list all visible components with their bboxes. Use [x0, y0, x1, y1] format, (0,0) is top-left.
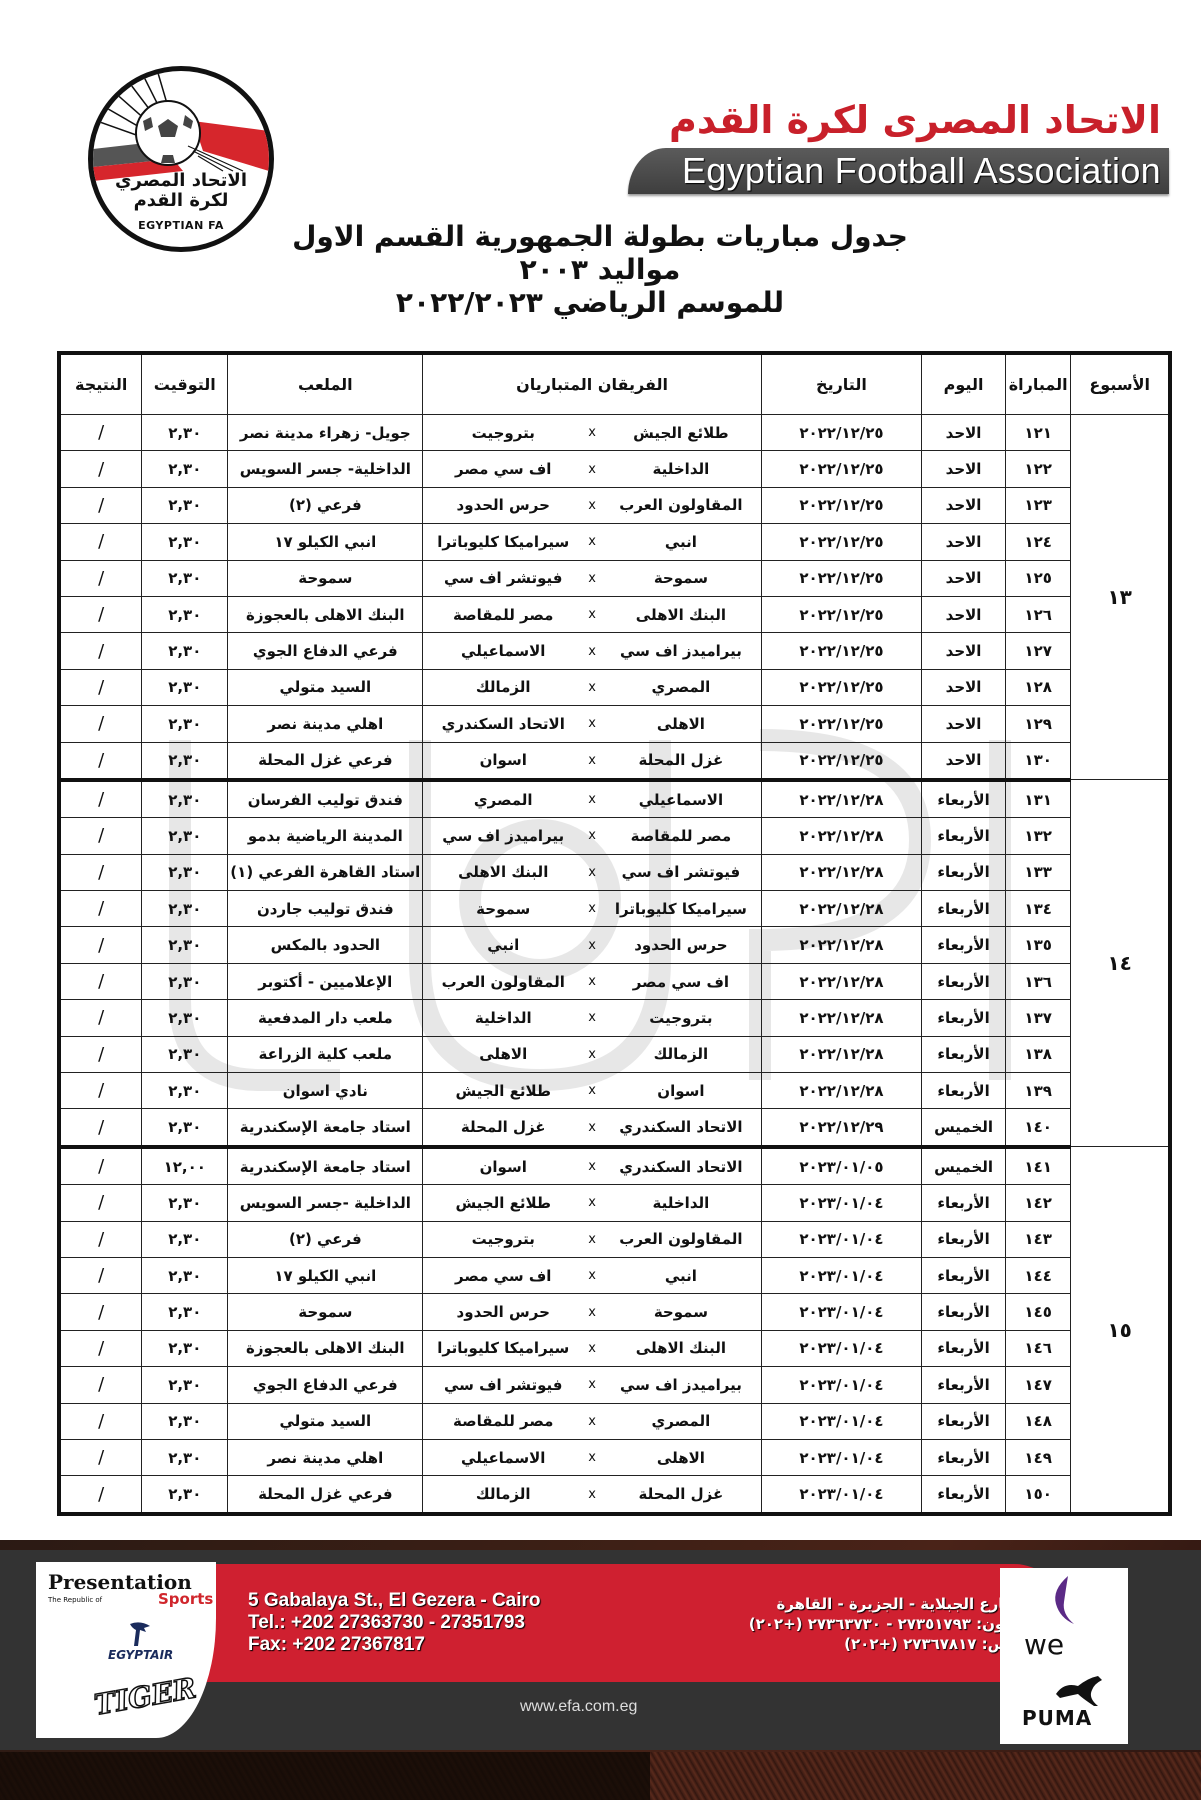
table-row: ١٤٨الأربعاء٢٠٢٣/٠١/٠٤المصريxمصر للمقاصةا…: [59, 1403, 1170, 1439]
org-name-ar: الاتحاد المصرى لكرة القدم: [669, 98, 1161, 142]
fax-ar: فاكس: ٢٧٣٦٧٨١٧ (+٢٠٢): [749, 1634, 1033, 1654]
table-row: ١٢٤الاحد٢٠٢٢/١٢/٢٥انبيxسيراميكا كليوباتر…: [59, 524, 1170, 560]
match-number: ١٣٣: [1005, 854, 1070, 890]
match-date: ٢٠٢٢/١٢/٢٥: [761, 706, 921, 742]
match-day: الاحد: [922, 560, 1006, 596]
org-name-en: Egyptian Football Association: [682, 150, 1161, 192]
match-time: ٢,٣٠: [142, 1073, 228, 1109]
vs-symbol: x: [576, 1232, 608, 1247]
match-result: /: [59, 1330, 142, 1366]
table-row: ١٤٦الأربعاء٢٠٢٣/٠١/٠٤البنك الاهلىxسيرامي…: [59, 1330, 1170, 1366]
match-time: ٢,٣٠: [142, 1367, 228, 1403]
match-result: /: [59, 1221, 142, 1257]
match-teams: سموحةxفيوتشر اف سي: [423, 560, 761, 596]
match-time: ٢,٣٠: [142, 415, 228, 451]
col-header-date: التاريخ: [761, 353, 921, 415]
table-row: ١٣٥الأربعاء٢٠٢٢/١٢/٢٨حرس الحدودxانبيالحد…: [59, 927, 1170, 963]
match-number: ١٤٦: [1005, 1330, 1070, 1366]
match-result: /: [59, 818, 142, 854]
match-venue: فرعي (٢): [228, 1221, 423, 1257]
match-venue: فرعي الدفاع الجوي: [228, 1367, 423, 1403]
match-time: ٢,٣٠: [142, 1109, 228, 1147]
table-row: ١٤٤الأربعاء٢٠٢٣/٠١/٠٤انبيxاف سي مصرانبي …: [59, 1257, 1170, 1293]
col-header-week: الأسبوع: [1071, 353, 1170, 415]
match-venue: ملعب كلية الزراعة: [228, 1036, 423, 1072]
match-venue: البنك الاهلى بالعجوزة: [228, 596, 423, 632]
match-venue: السيد متولي: [228, 1403, 423, 1439]
home-team: انبي: [611, 1267, 751, 1285]
footer: Presentation The Republic of Sports EGYP…: [0, 1540, 1201, 1800]
away-team: طلائع الجيش: [433, 1082, 573, 1100]
match-teams: انبيxاف سي مصر: [423, 1257, 761, 1293]
away-team: طلائع الجيش: [433, 1194, 573, 1212]
away-team: البنك الاهلى: [433, 863, 573, 881]
match-day: الأربعاء: [922, 1036, 1006, 1072]
match-day: الاحد: [922, 706, 1006, 742]
away-team: الاتحاد السكندري: [433, 715, 573, 733]
vs-symbol: x: [576, 571, 608, 586]
match-result: /: [59, 1109, 142, 1147]
match-venue: نادي اسوان: [228, 1073, 423, 1109]
vs-symbol: x: [576, 462, 608, 477]
match-result: /: [59, 524, 142, 560]
match-result: /: [59, 596, 142, 632]
match-number: ١٣٧: [1005, 1000, 1070, 1036]
match-venue: الداخلية -جسر السويس: [228, 1185, 423, 1221]
match-number: ١٥٠: [1005, 1476, 1070, 1514]
match-time: ٢,٣٠: [142, 1294, 228, 1330]
match-day: الأربعاء: [922, 1185, 1006, 1221]
table-row: ١٤٩الأربعاء٢٠٢٣/٠١/٠٤الاهلىxالاسماعيلياه…: [59, 1439, 1170, 1475]
match-result: /: [59, 1257, 142, 1293]
match-time: ٢,٣٠: [142, 1403, 228, 1439]
logo-text-en: EGYPTIAN FA: [93, 219, 269, 232]
match-time: ٢,٣٠: [142, 451, 228, 487]
home-team: سموحة: [611, 1303, 751, 1321]
match-day: الاحد: [922, 487, 1006, 523]
match-number: ١٤٧: [1005, 1367, 1070, 1403]
table-row: ١٤٠الخميس٢٠٢٢/١٢/٢٩الاتحاد السكندريxغزل …: [59, 1109, 1170, 1147]
away-team: حرس الحدود: [433, 496, 573, 514]
match-teams: الاتحاد السكندريxاسوان: [423, 1147, 761, 1185]
sponsors-right: we PUMA: [1000, 1568, 1128, 1744]
match-teams: الزمالكxالاهلى: [423, 1036, 761, 1072]
fax-en: Fax: +202 27367817: [248, 1634, 541, 1656]
match-date: ٢٠٢٢/١٢/٢٩: [761, 1109, 921, 1147]
match-time: ٢,٣٠: [142, 1000, 228, 1036]
table-row: ١٣٩الأربعاء٢٠٢٢/١٢/٢٨اسوانxطلائع الجيشنا…: [59, 1073, 1170, 1109]
vs-symbol: x: [576, 1047, 608, 1062]
home-team: الاتحاد السكندري: [611, 1118, 751, 1136]
vs-symbol: x: [576, 828, 608, 843]
match-date: ٢٠٢٣/٠١/٠٤: [761, 1221, 921, 1257]
egyptair-logo: EGYPTAIR: [108, 1648, 173, 1662]
match-venue: استاد جامعة الإسكندرية: [228, 1147, 423, 1185]
match-day: الأربعاء: [922, 1476, 1006, 1514]
match-time: ٢,٣٠: [142, 1221, 228, 1257]
we-logo-icon: [1046, 1574, 1080, 1630]
match-number: ١٢٧: [1005, 633, 1070, 669]
home-team: بتروجيت: [611, 1009, 751, 1027]
match-venue: الداخلية- جسر السويس: [228, 451, 423, 487]
match-venue: سموحة: [228, 1294, 423, 1330]
home-team: المقاولون العرب: [611, 496, 751, 514]
address-en: 5 Gabalaya St., El Gezera - Cairo: [248, 1590, 541, 1612]
table-row: ١٥٠الأربعاء٢٠٢٣/٠١/٠٤غزل المحلةxالزمالكف…: [59, 1476, 1170, 1514]
match-result: /: [59, 1185, 142, 1221]
match-number: ١٣٥: [1005, 927, 1070, 963]
match-day: الأربعاء: [922, 1221, 1006, 1257]
table-row: ١٣٢الأربعاء٢٠٢٢/١٢/٢٨مصر للمقاصةxبيراميد…: [59, 818, 1170, 854]
match-day: الاحد: [922, 451, 1006, 487]
match-result: /: [59, 854, 142, 890]
match-venue: فرعي الدفاع الجوي: [228, 633, 423, 669]
match-result: /: [59, 1000, 142, 1036]
schedule-body: ١٣١٢١الاحد٢٠٢٢/١٢/٢٥طلائع الجيشxبتروجيتج…: [59, 415, 1170, 1514]
vs-symbol: x: [576, 938, 608, 953]
match-time: ٢,٣٠: [142, 1257, 228, 1293]
table-row: ١٢٨الاحد٢٠٢٢/١٢/٢٥المصريxالزمالكالسيد مت…: [59, 669, 1170, 705]
match-number: ١٤٤: [1005, 1257, 1070, 1293]
match-date: ٢٠٢٣/٠١/٠٤: [761, 1367, 921, 1403]
match-date: ٢٠٢٣/٠١/٠٤: [761, 1330, 921, 1366]
sponsors-left: Presentation The Republic of Sports EGYP…: [36, 1562, 216, 1738]
match-result: /: [59, 1294, 142, 1330]
away-team: الداخلية: [433, 1009, 573, 1027]
match-number: ١٢١: [1005, 415, 1070, 451]
match-time: ٢,٣٠: [142, 487, 228, 523]
match-number: ١٢٨: [1005, 669, 1070, 705]
away-team: المقاولون العرب: [433, 973, 573, 991]
away-team: انبي: [433, 936, 573, 954]
match-venue: فرعي (٢): [228, 487, 423, 523]
match-day: الأربعاء: [922, 854, 1006, 890]
contact-en: 5 Gabalaya St., El Gezera - Cairo Tel.: …: [248, 1590, 541, 1656]
match-day: الاحد: [922, 633, 1006, 669]
match-result: /: [59, 633, 142, 669]
home-team: حرس الحدود: [611, 936, 751, 954]
vs-symbol: x: [576, 498, 608, 513]
table-row: ١٢٢الاحد٢٠٢٢/١٢/٢٥الداخليةxاف سي مصرالدا…: [59, 451, 1170, 487]
match-time: ٢,٣٠: [142, 706, 228, 742]
match-venue: الحدود بالمكس: [228, 927, 423, 963]
match-date: ٢٠٢٢/١٢/٢٨: [761, 1000, 921, 1036]
puma-cat-icon: [1054, 1674, 1104, 1708]
match-teams: الاهلىxالاتحاد السكندري: [423, 706, 761, 742]
home-team: الاهلى: [611, 715, 751, 733]
match-teams: الاهلىxالاسماعيلي: [423, 1439, 761, 1475]
match-time: ٢,٣٠: [142, 669, 228, 705]
match-time: ٢,٣٠: [142, 1036, 228, 1072]
match-result: /: [59, 1073, 142, 1109]
presentation-sports: Sports: [158, 1590, 213, 1608]
match-day: الأربعاء: [922, 1257, 1006, 1293]
home-team: المصري: [611, 678, 751, 696]
match-result: /: [59, 963, 142, 999]
away-team: اسوان: [433, 1158, 573, 1176]
match-teams: بتروجيتxالداخلية: [423, 1000, 761, 1036]
efa-logo: الاتحاد المصري لكرة القدم EGYPTIAN FA: [88, 66, 274, 252]
match-date: ٢٠٢٢/١٢/٢٥: [761, 415, 921, 451]
match-date: ٢٠٢٢/١٢/٢٨: [761, 891, 921, 927]
match-teams: المقاولون العربxبتروجيت: [423, 1221, 761, 1257]
match-date: ٢٠٢٢/١٢/٢٥: [761, 451, 921, 487]
match-day: الأربعاء: [922, 818, 1006, 854]
vs-symbol: x: [576, 1377, 608, 1392]
week-number: ١٥: [1071, 1147, 1170, 1514]
vs-symbol: x: [576, 1450, 608, 1465]
egyptair-horus-icon: [126, 1620, 152, 1648]
table-row: ١٤٢الأربعاء٢٠٢٣/٠١/٠٤الداخليةxطلائع الجي…: [59, 1185, 1170, 1221]
away-team: حرس الحدود: [433, 1303, 573, 1321]
col-header-teams: الفريقان المتباريان: [423, 353, 761, 415]
match-time: ٢,٣٠: [142, 1439, 228, 1475]
match-time: ١٢,٠٠: [142, 1147, 228, 1185]
match-result: /: [59, 1403, 142, 1439]
match-time: ٢,٣٠: [142, 1476, 228, 1514]
match-result: /: [59, 1147, 142, 1185]
home-team: البنك الاهلى: [611, 606, 751, 624]
home-team: سموحة: [611, 569, 751, 587]
away-team: الزمالك: [433, 678, 573, 696]
match-result: /: [59, 560, 142, 596]
away-team: مصر للمقاصة: [433, 1412, 573, 1430]
match-number: ١٤١: [1005, 1147, 1070, 1185]
schedule-page: الاتحاد المصري لكرة القدم EGYPTIAN FA ال…: [0, 0, 1201, 1800]
wood-shadow: [0, 1752, 650, 1800]
tiger-logo: TIGER: [92, 1671, 199, 1721]
match-day: الاحد: [922, 415, 1006, 451]
vs-symbol: x: [576, 680, 608, 695]
match-day: الأربعاء: [922, 891, 1006, 927]
match-day: الاحد: [922, 669, 1006, 705]
match-teams: غزل المحلةxالزمالك: [423, 1476, 761, 1514]
vs-symbol: x: [576, 1195, 608, 1210]
tel-en: Tel.: +202 27363730 - 27351793: [248, 1612, 541, 1634]
match-venue: البنك الاهلى بالعجوزة: [228, 1330, 423, 1366]
match-day: الخميس: [922, 1109, 1006, 1147]
schedule-table-container: الأسبوع المباراة اليوم التاريخ الفريقان …: [57, 351, 1172, 1516]
match-time: ٢,٣٠: [142, 780, 228, 818]
table-row: ١٣٠الاحد٢٠٢٢/١٢/٢٥غزل المحلةxاسوانفرعي غ…: [59, 742, 1170, 780]
away-team: فيوتشر اف سي: [433, 569, 573, 587]
match-date: ٢٠٢٣/٠١/٠٤: [761, 1294, 921, 1330]
table-row: ١٥١٤١الخميس٢٠٢٣/٠١/٠٥الاتحاد السكندريxاس…: [59, 1147, 1170, 1185]
match-date: ٢٠٢٢/١٢/٢٥: [761, 524, 921, 560]
match-day: الأربعاء: [922, 1000, 1006, 1036]
match-venue: سموحة: [228, 560, 423, 596]
match-date: ٢٠٢٢/١٢/٢٨: [761, 927, 921, 963]
table-row: ١٤٣الأربعاء٢٠٢٣/٠١/٠٤المقاولون العربxبتر…: [59, 1221, 1170, 1257]
match-date: ٢٠٢٣/٠١/٠٤: [761, 1439, 921, 1475]
match-date: ٢٠٢٢/١٢/٢٥: [761, 742, 921, 780]
match-number: ١٢٥: [1005, 560, 1070, 596]
home-team: غزل المحلة: [611, 1485, 751, 1503]
away-team: المصري: [433, 791, 573, 809]
home-team: المصري: [611, 1412, 751, 1430]
match-teams: اسوانxطلائع الجيش: [423, 1073, 761, 1109]
away-team: سموحة: [433, 900, 573, 918]
match-result: /: [59, 706, 142, 742]
away-team: اسوان: [433, 751, 573, 769]
home-team: اف سي مصر: [611, 973, 751, 991]
match-teams: بيراميدز اف سيxفيوتشر اف سي: [423, 1367, 761, 1403]
table-row: ١٢٩الاحد٢٠٢٢/١٢/٢٥الاهلىxالاتحاد السكندر…: [59, 706, 1170, 742]
match-teams: طلائع الجيشxبتروجيت: [423, 415, 761, 451]
away-team: غزل المحلة: [433, 1118, 573, 1136]
match-result: /: [59, 1036, 142, 1072]
table-row: ١٣٦الأربعاء٢٠٢٢/١٢/٢٨اف سي مصرxالمقاولون…: [59, 963, 1170, 999]
match-result: /: [59, 891, 142, 927]
match-day: الخميس: [922, 1147, 1006, 1185]
home-team: طلائع الجيش: [611, 424, 751, 442]
match-venue: فرعي غزل المحلة: [228, 1476, 423, 1514]
match-day: الأربعاء: [922, 1294, 1006, 1330]
match-number: ١٢٩: [1005, 706, 1070, 742]
home-team: الزمالك: [611, 1045, 751, 1063]
logo-text-ar-line2: لكرة القدم: [93, 191, 269, 211]
home-team: بيراميدز اف سي: [611, 1376, 751, 1394]
match-time: ٢,٣٠: [142, 524, 228, 560]
table-row: ١٤٧الأربعاء٢٠٢٣/٠١/٠٤بيراميدز اف سيxفيوت…: [59, 1367, 1170, 1403]
match-venue: فندق توليب الفرسان: [228, 780, 423, 818]
vs-symbol: x: [576, 425, 608, 440]
contact-ar: ٥ شارع الجبلاية - الجزيرة - القاهرة تليف…: [749, 1594, 1033, 1654]
match-teams: سموحةxحرس الحدود: [423, 1294, 761, 1330]
match-day: الاحد: [922, 596, 1006, 632]
logo-text-ar: الاتحاد المصري لكرة القدم: [93, 171, 269, 211]
we-logo: we: [1024, 1628, 1064, 1661]
vs-symbol: x: [576, 1305, 608, 1320]
match-date: ٢٠٢٣/٠١/٠٤: [761, 1257, 921, 1293]
match-teams: غزل المحلةxاسوان: [423, 742, 761, 780]
match-day: الأربعاء: [922, 1367, 1006, 1403]
match-number: ١٣٠: [1005, 742, 1070, 780]
match-number: ١٣٦: [1005, 963, 1070, 999]
match-number: ١٣١: [1005, 780, 1070, 818]
match-teams: الداخليةxاف سي مصر: [423, 451, 761, 487]
match-number: ١٢٣: [1005, 487, 1070, 523]
match-result: /: [59, 451, 142, 487]
table-row: ١٢٦الاحد٢٠٢٢/١٢/٢٥البنك الاهلىxمصر للمقا…: [59, 596, 1170, 632]
table-row: ١٢٧الاحد٢٠٢٢/١٢/٢٥بيراميدز اف سيxالاسماع…: [59, 633, 1170, 669]
vs-symbol: x: [576, 1414, 608, 1429]
match-teams: البنك الاهلىxسيراميكا كليوباترا: [423, 1330, 761, 1366]
home-team: الاتحاد السكندري: [611, 1158, 751, 1176]
match-number: ١٣٩: [1005, 1073, 1070, 1109]
away-team: بتروجيت: [433, 424, 573, 442]
match-venue: السيد متولي: [228, 669, 423, 705]
match-day: الأربعاء: [922, 1403, 1006, 1439]
vs-symbol: x: [576, 1083, 608, 1098]
away-team: فيوتشر اف سي: [433, 1376, 573, 1394]
match-date: ٢٠٢٢/١٢/٢٥: [761, 633, 921, 669]
col-header-venue: الملعب: [228, 353, 423, 415]
match-venue: ملعب دار المدفعية: [228, 1000, 423, 1036]
col-header-time: التوقيت: [142, 353, 228, 415]
match-venue: انبي الكيلو ١٧: [228, 1257, 423, 1293]
match-venue: فرعي غزل المحلة: [228, 742, 423, 780]
match-result: /: [59, 1367, 142, 1403]
match-number: ١٣٨: [1005, 1036, 1070, 1072]
match-venue: استاد القاهرة الفرعي (١): [228, 854, 423, 890]
vs-symbol: x: [576, 792, 608, 807]
home-team: مصر للمقاصة: [611, 827, 751, 845]
home-team: المقاولون العرب: [611, 1230, 751, 1248]
match-time: ٢,٣٠: [142, 633, 228, 669]
away-team: سيراميكا كليوباترا: [433, 1339, 573, 1357]
match-result: /: [59, 669, 142, 705]
vs-symbol: x: [576, 607, 608, 622]
home-team: انبي: [611, 533, 751, 551]
vs-symbol: x: [576, 534, 608, 549]
address-ar: ٥ شارع الجبلاية - الجزيرة - القاهرة: [749, 1594, 1033, 1614]
match-teams: المصريxالزمالك: [423, 669, 761, 705]
match-number: ١٤٩: [1005, 1439, 1070, 1475]
vs-symbol: x: [576, 1341, 608, 1356]
match-date: ٢٠٢٢/١٢/٢٨: [761, 1036, 921, 1072]
vs-symbol: x: [576, 1120, 608, 1135]
week-number: ١٣: [1071, 415, 1170, 780]
match-date: ٢٠٢٢/١٢/٢٥: [761, 560, 921, 596]
home-team: فيوتشر اف سي: [611, 863, 751, 881]
away-team: الزمالك: [433, 1485, 573, 1503]
match-day: الاحد: [922, 524, 1006, 560]
match-day: الاحد: [922, 742, 1006, 780]
website-link[interactable]: www.efa.com.eg: [520, 1698, 637, 1716]
away-team: مصر للمقاصة: [433, 606, 573, 624]
tel-ar: تليفون: ٢٧٣٥١٧٩٣ - ٢٧٣٦٣٧٣٠ (+٢٠٢): [749, 1614, 1033, 1634]
home-team: بيراميدز اف سي: [611, 642, 751, 660]
match-number: ١٤٣: [1005, 1221, 1070, 1257]
match-date: ٢٠٢٣/٠١/٠٤: [761, 1476, 921, 1514]
match-date: ٢٠٢٣/٠١/٠٥: [761, 1147, 921, 1185]
match-date: ٢٠٢٢/١٢/٢٥: [761, 487, 921, 523]
match-result: /: [59, 742, 142, 780]
vs-symbol: x: [576, 974, 608, 989]
match-time: ٢,٣٠: [142, 891, 228, 927]
match-result: /: [59, 1439, 142, 1475]
match-day: الأربعاء: [922, 927, 1006, 963]
match-number: ١٤٢: [1005, 1185, 1070, 1221]
match-venue: استاد جامعة الإسكندرية: [228, 1109, 423, 1147]
table-row: ١٣١٢١الاحد٢٠٢٢/١٢/٢٥طلائع الجيشxبتروجيتج…: [59, 415, 1170, 451]
vs-symbol: x: [576, 716, 608, 731]
match-date: ٢٠٢٢/١٢/٢٨: [761, 818, 921, 854]
table-row: ١٣٨الأربعاء٢٠٢٢/١٢/٢٨الزمالكxالاهلىملعب …: [59, 1036, 1170, 1072]
home-team: سيراميكا كليوباترا: [611, 900, 751, 918]
match-time: ٢,٣٠: [142, 596, 228, 632]
table-row: ١٤١٣١الأربعاء٢٠٢٢/١٢/٢٨الاسماعيليxالمصري…: [59, 780, 1170, 818]
match-time: ٢,٣٠: [142, 1185, 228, 1221]
match-time: ٢,٣٠: [142, 963, 228, 999]
table-row: ١٣٣الأربعاء٢٠٢٢/١٢/٢٨فيوتشر اف سيxالبنك …: [59, 854, 1170, 890]
match-result: /: [59, 415, 142, 451]
match-teams: حرس الحدودxانبي: [423, 927, 761, 963]
away-team: سيراميكا كليوباترا: [433, 533, 573, 551]
match-result: /: [59, 927, 142, 963]
match-venue: اهلي مدينة نصر: [228, 706, 423, 742]
match-teams: المقاولون العربxحرس الحدود: [423, 487, 761, 523]
match-venue: المدينة الرياضية بدمو: [228, 818, 423, 854]
logo-text-ar-line1: الاتحاد المصري: [93, 171, 269, 191]
home-team: الاهلى: [611, 1449, 751, 1467]
away-team: اف سي مصر: [433, 460, 573, 478]
vs-symbol: x: [576, 1159, 608, 1174]
page-subtitle: للموسم الرياضي ٢٠٢٢/٢٠٢٣: [380, 286, 800, 319]
match-venue: اهلي مدينة نصر: [228, 1439, 423, 1475]
match-teams: المصريxمصر للمقاصة: [423, 1403, 761, 1439]
